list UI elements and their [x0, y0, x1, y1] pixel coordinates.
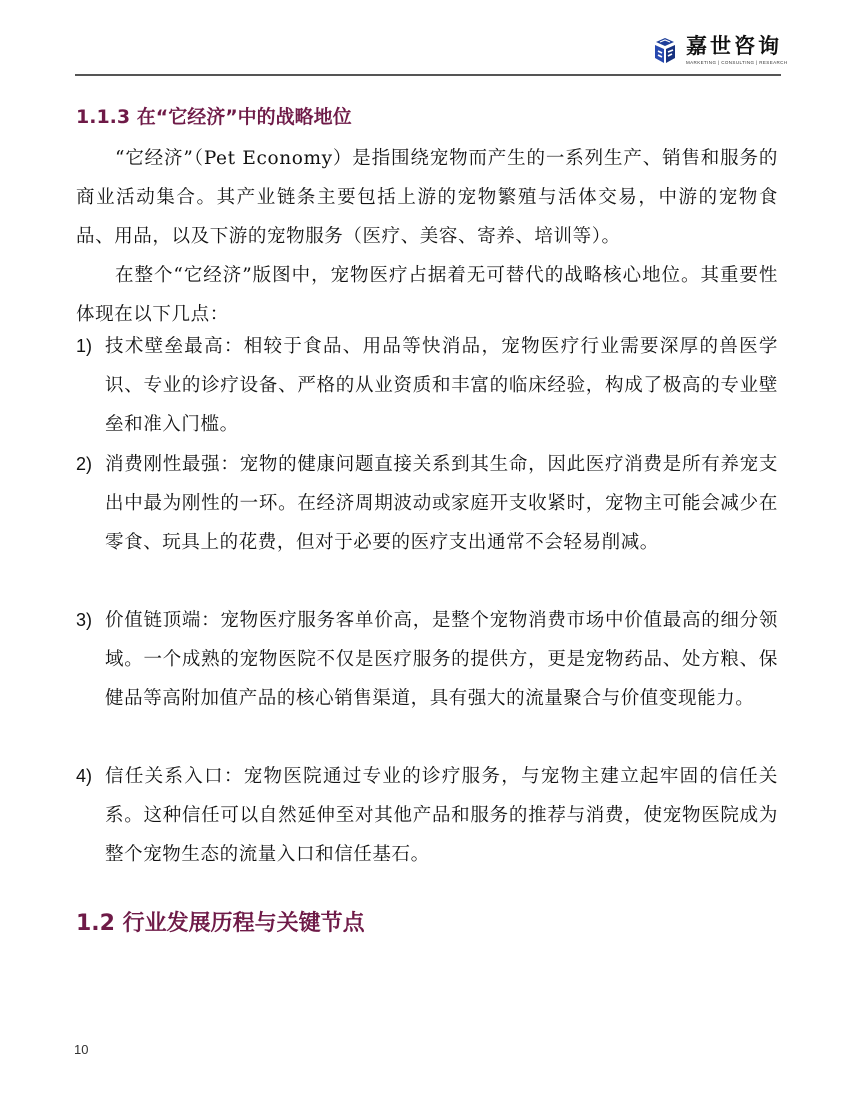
list-item-text: 技术壁垒最高：相较于食品、用品等快消品，宠物医疗行业需要深厚的兽医学识、专业的诊… — [105, 336, 778, 435]
paragraph-strategic-position: 在整个“它经济”版图中，宠物医疗占据着无可替代的战略核心地位。其重要性体现在以下… — [76, 256, 778, 334]
list-number: 4) — [76, 757, 92, 796]
page-number: 10 — [74, 1042, 88, 1057]
list-item-value-chain-top: 3) 价值链顶端：宠物医疗服务客单价高，是整个宠物消费市场中价值最高的细分领域。… — [76, 601, 778, 718]
list-item-consumption-rigidity: 2) 消费刚性最强：宠物的健康问题直接关系到其生命，因此医疗消费是所有养宠支出中… — [76, 445, 778, 562]
list-number: 1) — [76, 327, 92, 366]
list-number: 2) — [76, 445, 92, 484]
list-item-text: 消费刚性最强：宠物的健康问题直接关系到其生命，因此医疗消费是所有养宠支出中最为刚… — [105, 454, 778, 553]
list-item-text: 信任关系入口：宠物医院通过专业的诊疗服务，与宠物主建立起牢固的信任关系。这种信任… — [105, 766, 778, 865]
brand-tagline: MARKETING | CONSULTING | RESEARCH — [686, 60, 787, 65]
list-number: 3) — [76, 601, 92, 640]
page-header: 嘉世咨询 MARKETING | CONSULTING | RESEARCH — [0, 0, 850, 80]
paragraph-pet-economy-definition: “它经济”（Pet Economy）是指围绕宠物而产生的一系列生产、销售和服务的… — [76, 139, 778, 256]
header-divider — [75, 74, 781, 76]
list-item-technical-barrier: 1) 技术壁垒最高：相较于食品、用品等快消品，宠物医疗行业需要深厚的兽医学识、专… — [76, 327, 778, 444]
list-item-trust-entry: 4) 信任关系入口：宠物医院通过专业的诊疗服务，与宠物主建立起牢固的信任关系。这… — [76, 757, 778, 874]
section-heading-1-1-3: 1.1.3 在“它经济”中的战略地位 — [76, 102, 352, 129]
company-logo: 嘉世咨询 MARKETING | CONSULTING | RESEARCH — [652, 34, 787, 66]
list-item-text: 价值链顶端：宠物医疗服务客单价高，是整个宠物消费市场中价值最高的细分领域。一个成… — [105, 610, 778, 709]
section-heading-1-2: 1.2 行业发展历程与关键节点 — [76, 906, 365, 937]
brand-name: 嘉世咨询 — [686, 34, 787, 58]
company-logo-mark-icon — [652, 36, 678, 66]
